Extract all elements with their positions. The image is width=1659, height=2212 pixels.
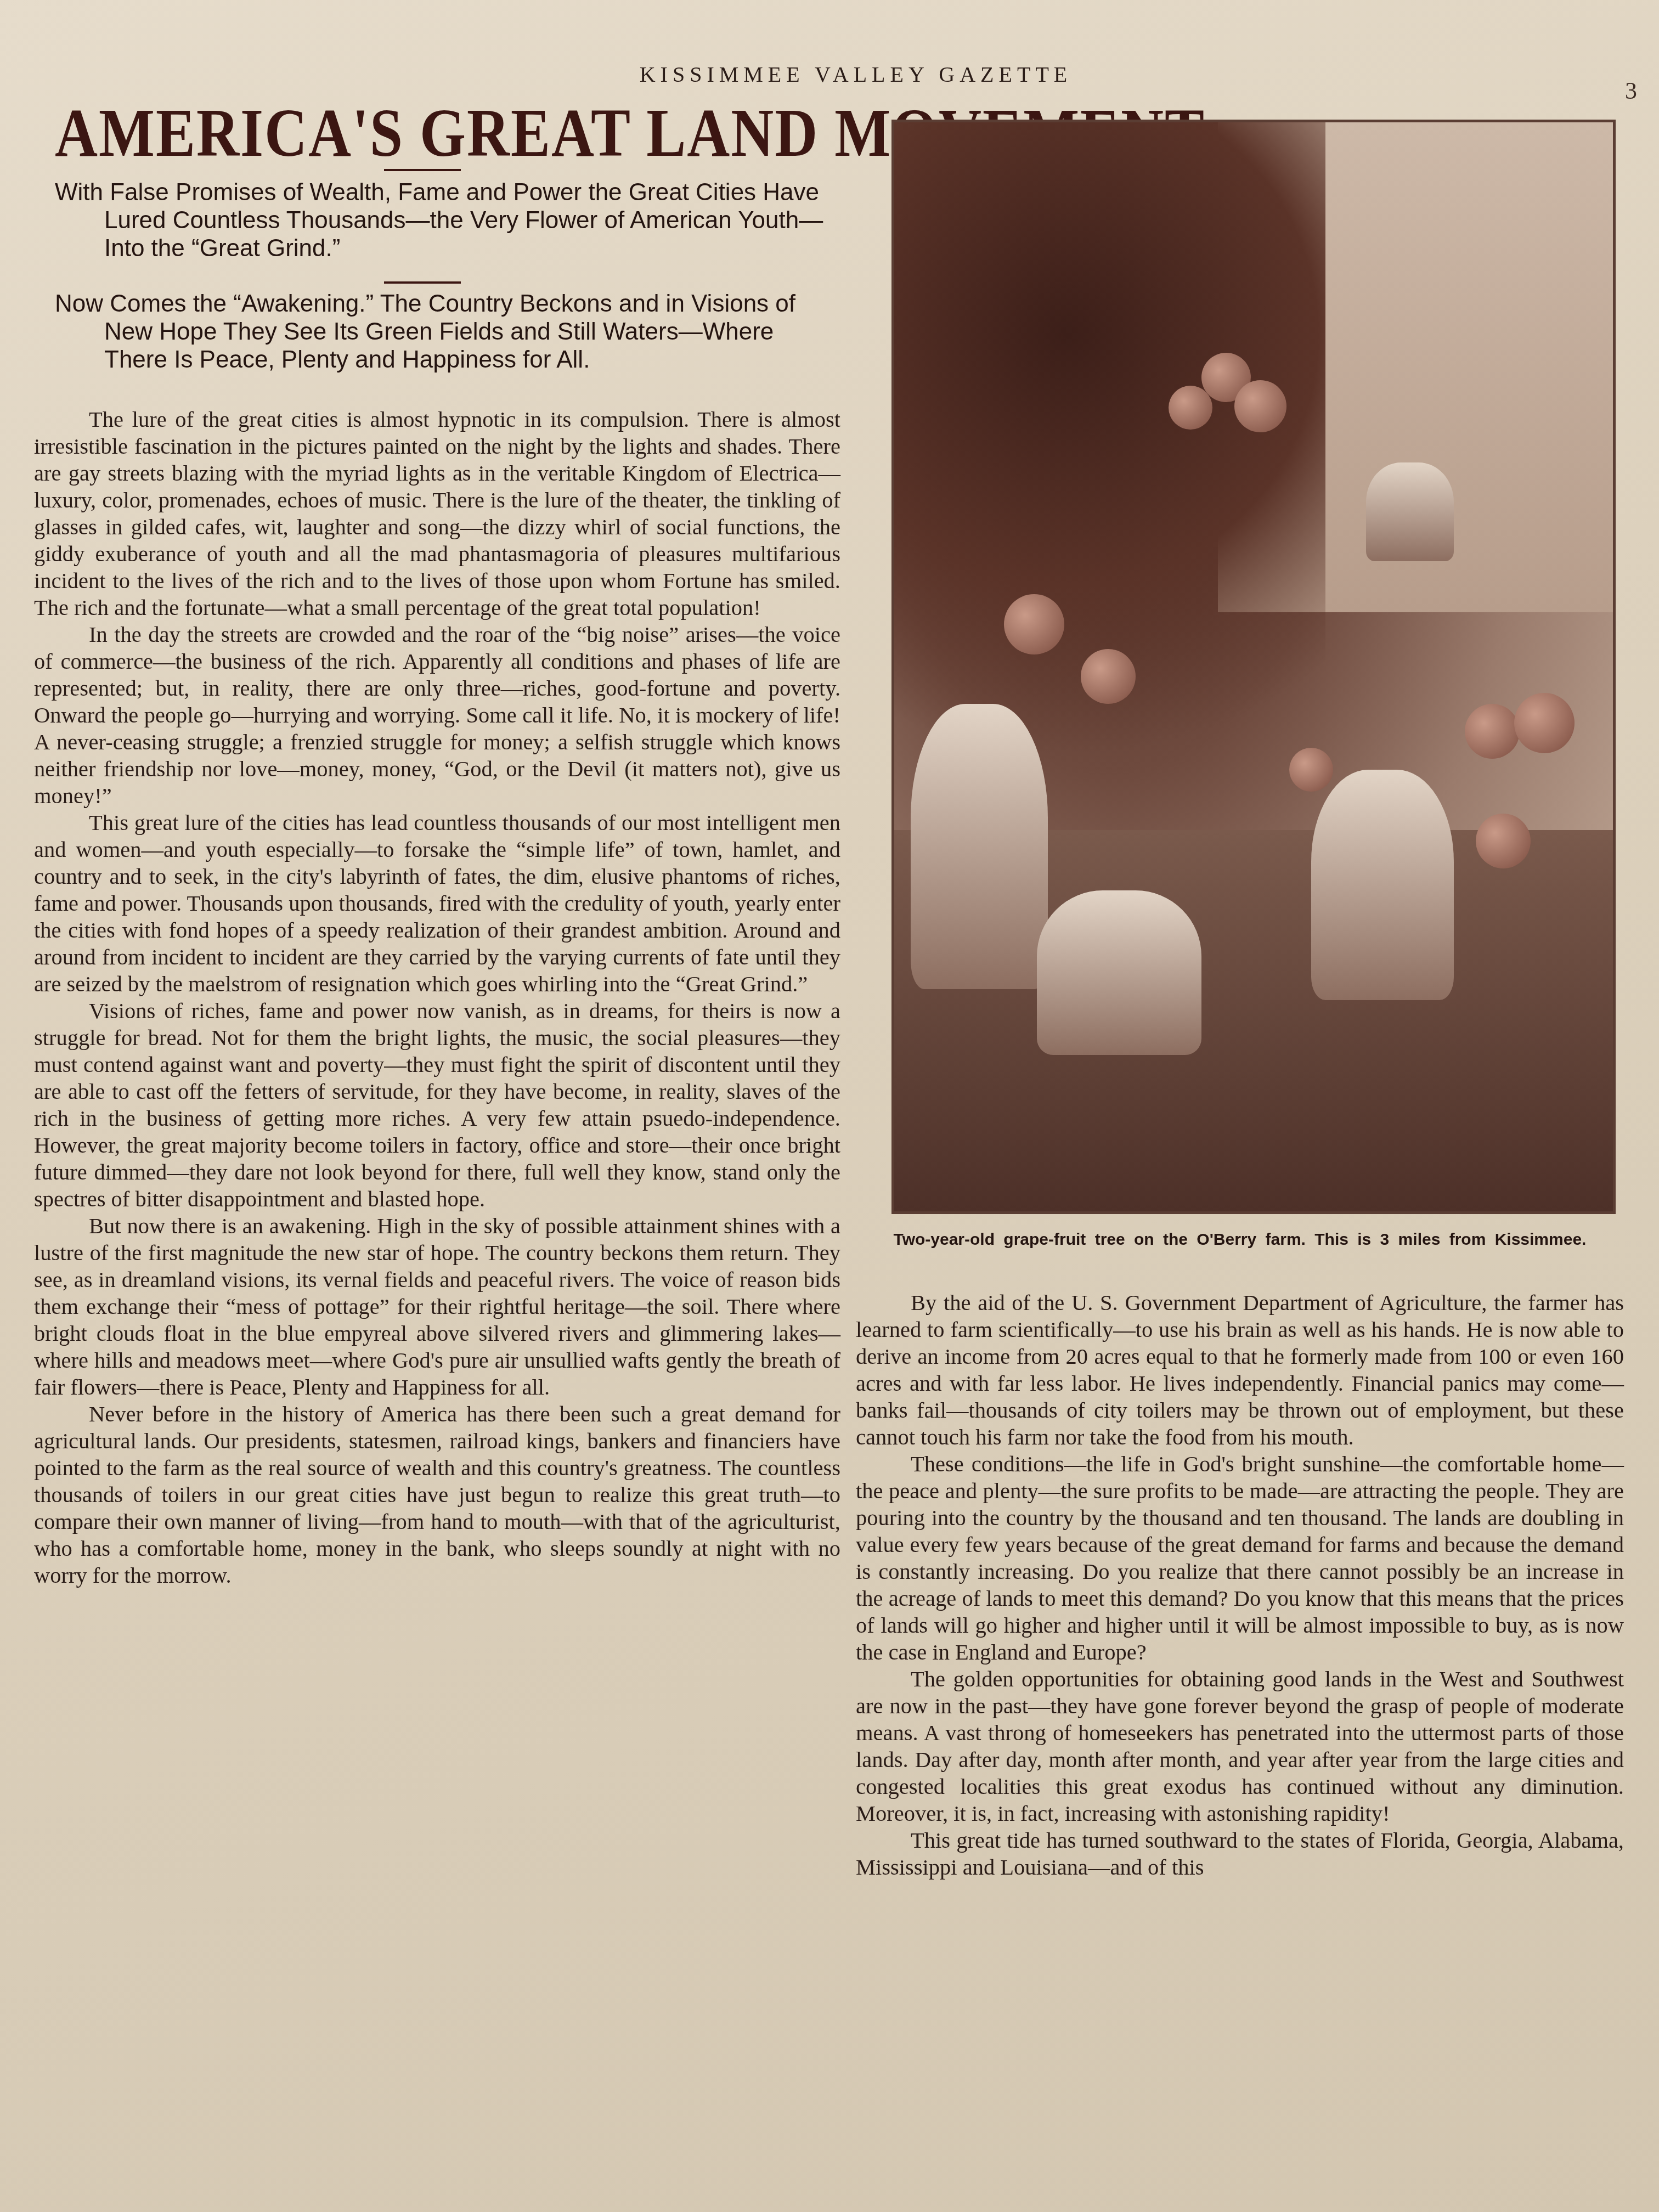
photo-man-left <box>911 704 1048 989</box>
photo-fruit <box>1289 748 1333 792</box>
masthead: KISSIMMEE VALLEY GAZETTE <box>598 61 1114 87</box>
paragraph: Visions of riches, fame and power now va… <box>34 997 840 1212</box>
article-title: AMERICA'S GREAT LAND MOVEMENT <box>55 96 845 172</box>
grapefruit-tree-photo <box>891 120 1616 1214</box>
paragraph: In the day the streets are crowded and t… <box>34 621 840 809</box>
page-number: 3 <box>1625 77 1637 105</box>
paragraph: This great tide has turned southward to … <box>856 1827 1624 1881</box>
paragraph: The lure of the great cities is almost h… <box>34 406 840 621</box>
divider <box>384 281 461 284</box>
photo-fruit <box>1476 814 1531 868</box>
paragraph: This great lure of the cities has lead c… <box>34 809 840 997</box>
divider <box>384 169 461 171</box>
paragraph: Never before in the history of America h… <box>34 1401 840 1589</box>
subhead-1: With False Promises of Wealth, Fame and … <box>55 178 839 262</box>
paragraph: These conditions—the life in God's brigh… <box>856 1451 1624 1666</box>
paragraph: By the aid of the U. S. Government Depar… <box>856 1289 1624 1451</box>
photo-caption: Two-year-old grape-fruit tree on the O'B… <box>850 1229 1629 1251</box>
paragraph: The golden opportunities for obtaining g… <box>856 1666 1624 1827</box>
photo-man-front <box>1037 890 1201 1055</box>
photo-man-right <box>1311 770 1454 1000</box>
photo-fruit <box>1514 693 1575 753</box>
photo-fruit <box>1169 386 1212 430</box>
left-column: The lure of the great cities is almost h… <box>34 406 840 1589</box>
photo-fruit <box>1081 649 1136 704</box>
subhead-2: Now Comes the “Awakening.” The Country B… <box>55 290 839 374</box>
right-column: By the aid of the U. S. Government Depar… <box>856 1289 1624 1881</box>
photo-man-back <box>1366 462 1454 561</box>
paragraph: But now there is an awakening. High in t… <box>34 1212 840 1401</box>
photo-fruit <box>1465 704 1520 759</box>
photo-fruit <box>1234 380 1286 432</box>
photo-fruit <box>1004 594 1064 654</box>
